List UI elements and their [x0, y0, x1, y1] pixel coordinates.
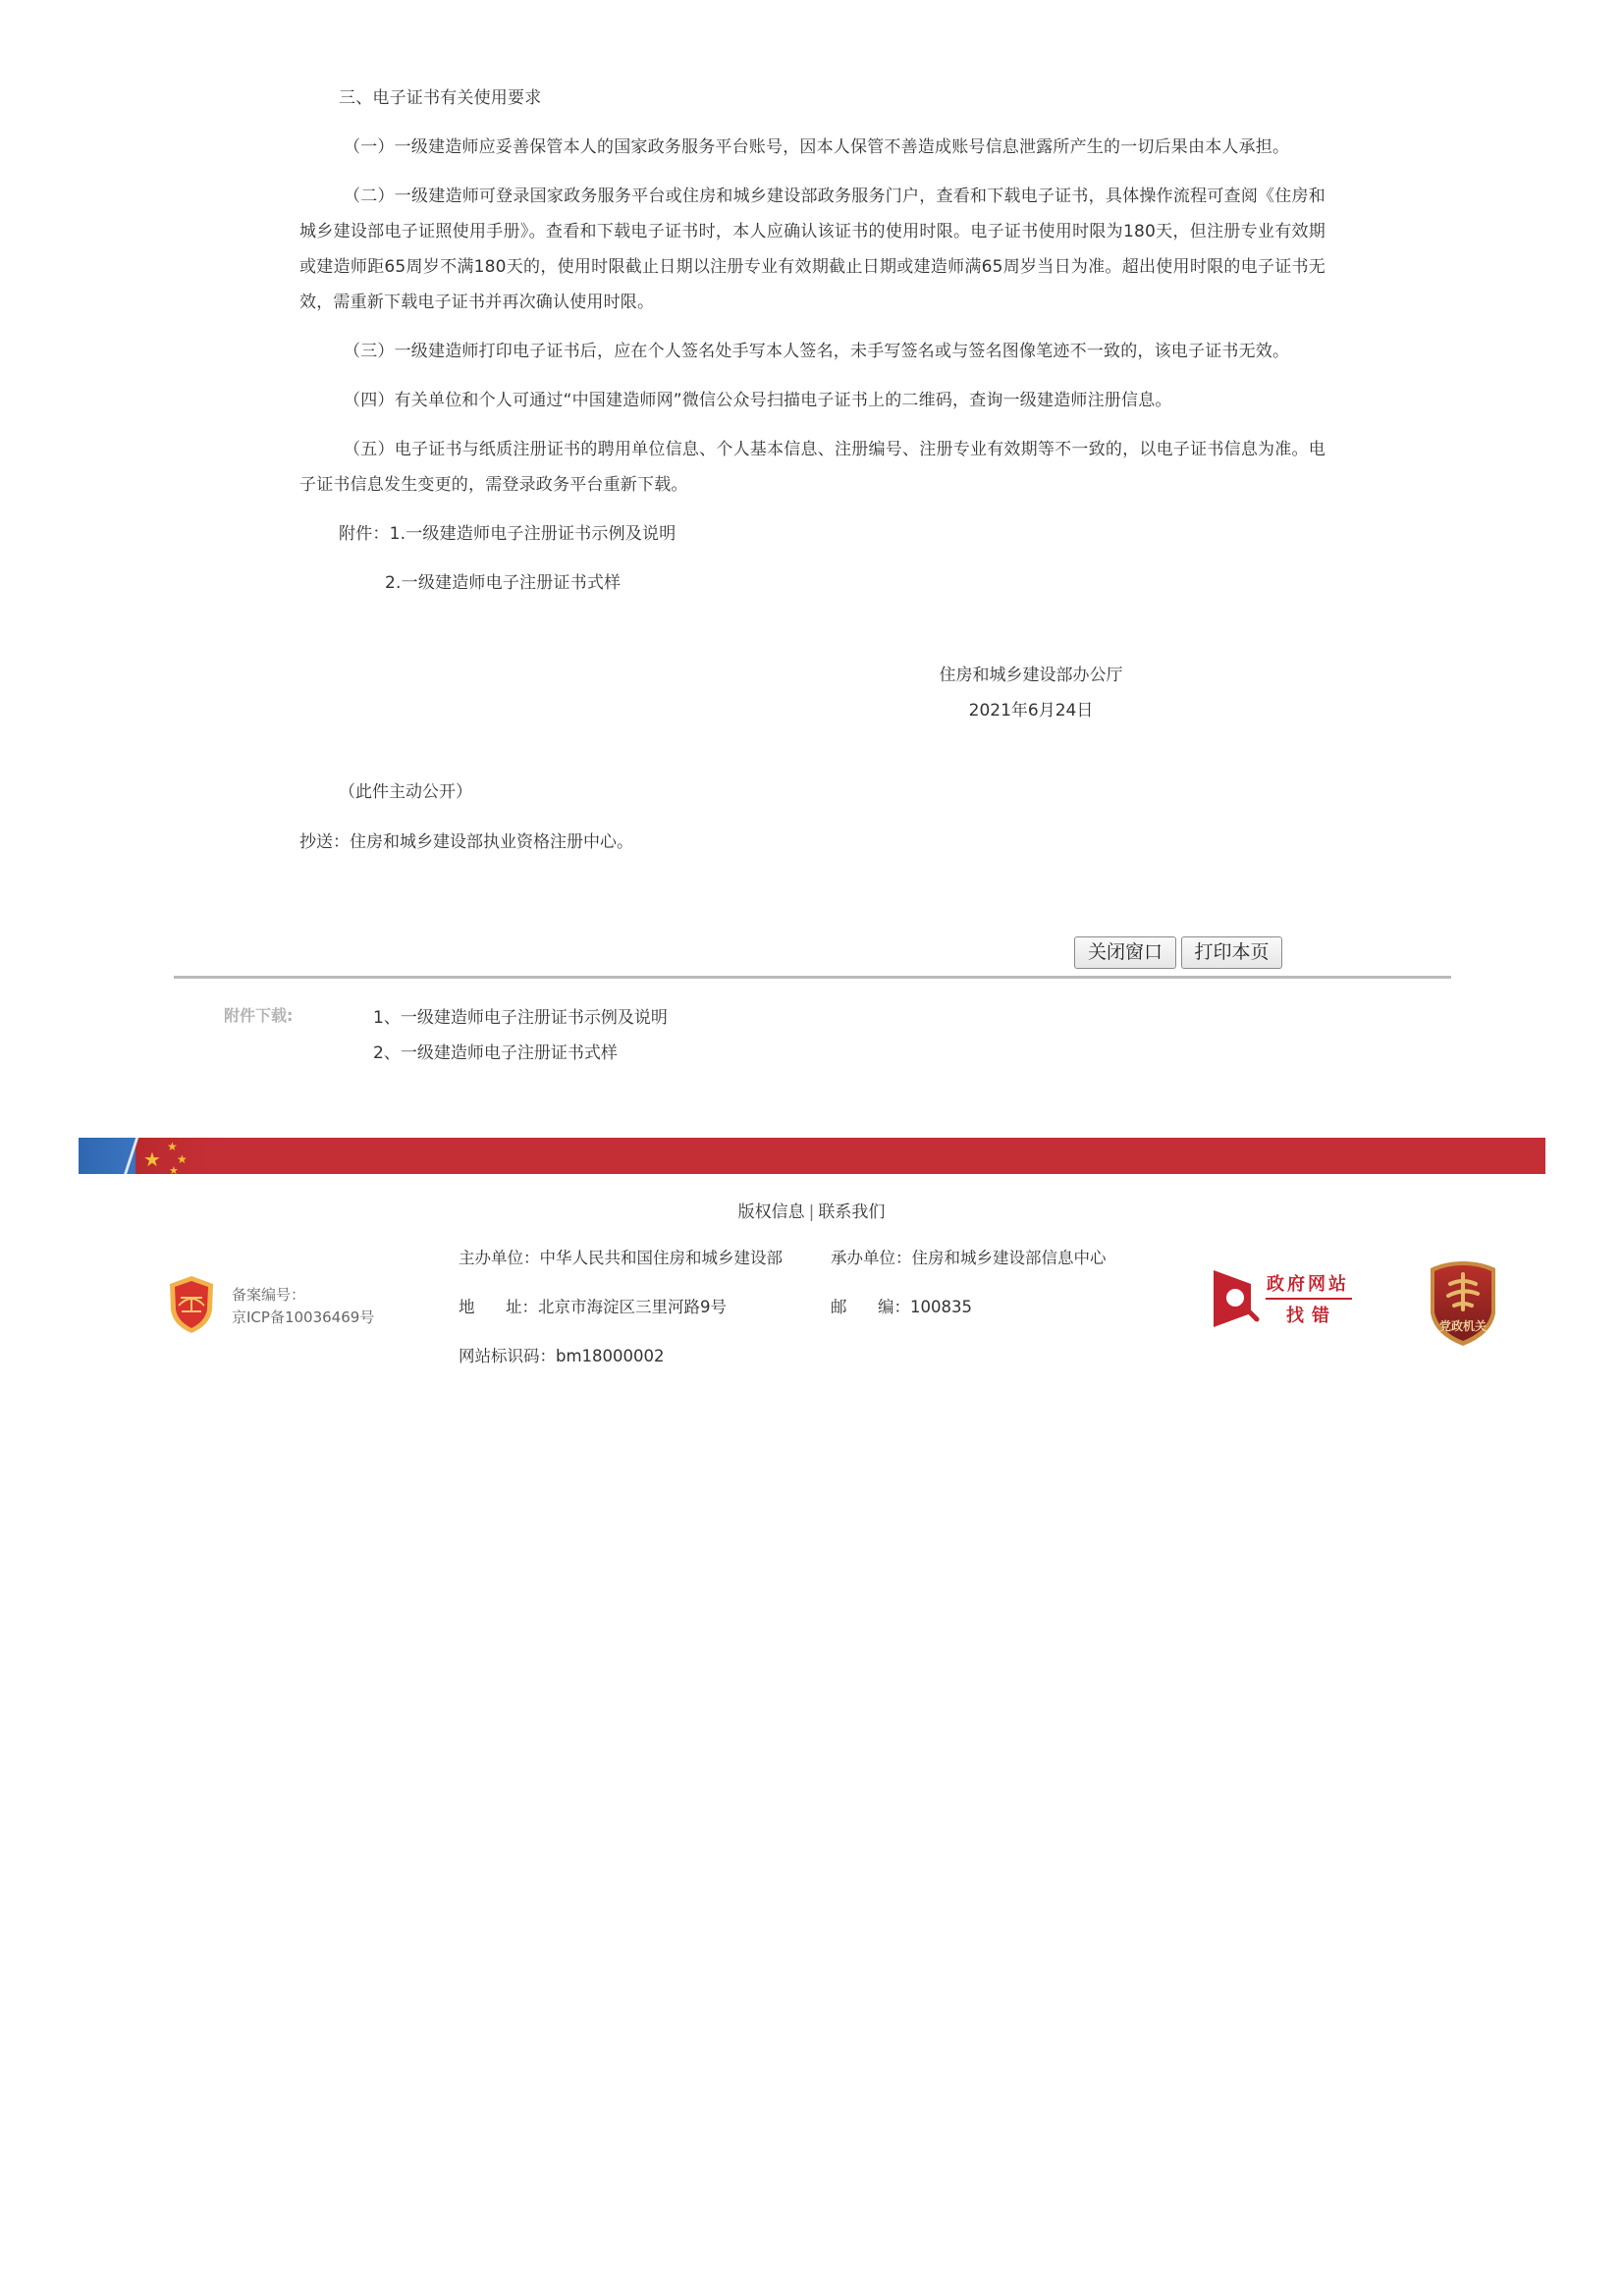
party-gov-label: 党政机关: [1436, 1317, 1489, 1334]
footer-flag-band: ★ ★ ★ ★: [79, 1138, 1545, 1174]
magnifier-icon: [1212, 1268, 1271, 1329]
error-report-subtitle: 找错: [1286, 1302, 1337, 1327]
link-separator: |: [809, 1202, 815, 1222]
error-report-title: 政府网站: [1267, 1270, 1349, 1296]
divider: [174, 976, 1451, 979]
downloads-label: 附件下载:: [224, 1003, 293, 1026]
download-link-1[interactable]: 1、一级建造师电子注册证书示例及说明: [373, 1003, 668, 1028]
paragraph-2: （二）一级建造师可登录国家政务服务平台或住房和城乡建设部政务服务门户，查看和下载…: [299, 179, 1325, 320]
postcode-info: 邮 编：100835: [831, 1294, 972, 1317]
sponsor-info: 主办单位：中华人民共和国住房和城乡建设部: [459, 1245, 783, 1268]
disclosure-note: （此件主动公开）: [339, 777, 472, 802]
star-icon: ★: [143, 1151, 161, 1167]
article-body: 三、电子证书有关使用要求 （一）一级建造师应妥善保管本人的国家政务服务平台账号，…: [299, 80, 1325, 614]
error-report-badge[interactable]: 政府网站 找错: [1212, 1264, 1359, 1333]
print-page-button[interactable]: 打印本页: [1181, 936, 1282, 969]
paragraph-4: （四）有关单位和个人可通过“中国建造师网”微信公众号扫描电子证书上的二维码，查询…: [299, 383, 1325, 418]
cc-line: 抄送：住房和城乡建设部执业资格注册中心。: [299, 828, 633, 852]
party-gov-badge[interactable]: 党政机关: [1427, 1258, 1499, 1349]
site-id-info: 网站标识码：bm18000002: [459, 1343, 665, 1366]
attachments-line-2: 2.一级建造师电子注册证书式样: [299, 565, 1325, 601]
copyright-link[interactable]: 版权信息: [738, 1202, 805, 1222]
organizer-info: 承办单位：住房和城乡建设部信息中心: [831, 1245, 1107, 1268]
paragraph-5: （五）电子证书与纸质注册证书的聘用单位信息、个人基本信息、注册编号、注册专业有效…: [299, 432, 1325, 503]
police-emblem-icon: [167, 1274, 216, 1335]
signature-date: 2021年6月24日: [884, 693, 1178, 728]
party-gov-shield-icon: [1427, 1258, 1499, 1349]
paragraph-3: （三）一级建造师打印电子证书后，应在个人签名处手写本人签名，未手写签名或与签名图…: [299, 334, 1325, 369]
section-heading: 三、电子证书有关使用要求: [299, 80, 1325, 116]
download-link-2[interactable]: 2、一级建造师电子注册证书式样: [373, 1039, 618, 1063]
icp-label: 备案编号：: [232, 1284, 305, 1305]
attachments-line-1: 附件：1.一级建造师电子注册证书示例及说明: [299, 516, 1325, 552]
icp-number-link[interactable]: 京ICP备10036469号: [232, 1307, 374, 1327]
close-window-button[interactable]: 关闭窗口: [1074, 936, 1176, 969]
signature-org: 住房和城乡建设部办公厅: [884, 658, 1178, 693]
paragraph-1: （一）一级建造师应妥善保管本人的国家政务服务平台账号，因本人保管不善造成账号信息…: [299, 130, 1325, 165]
contact-link[interactable]: 联系我们: [818, 1202, 885, 1222]
address-info: 地 址：北京市海淀区三里河路9号: [459, 1294, 727, 1317]
footer-links: 版权信息|联系我们: [0, 1198, 1623, 1222]
star-icon: ★: [169, 1163, 179, 1174]
error-report-underline: [1266, 1298, 1352, 1300]
